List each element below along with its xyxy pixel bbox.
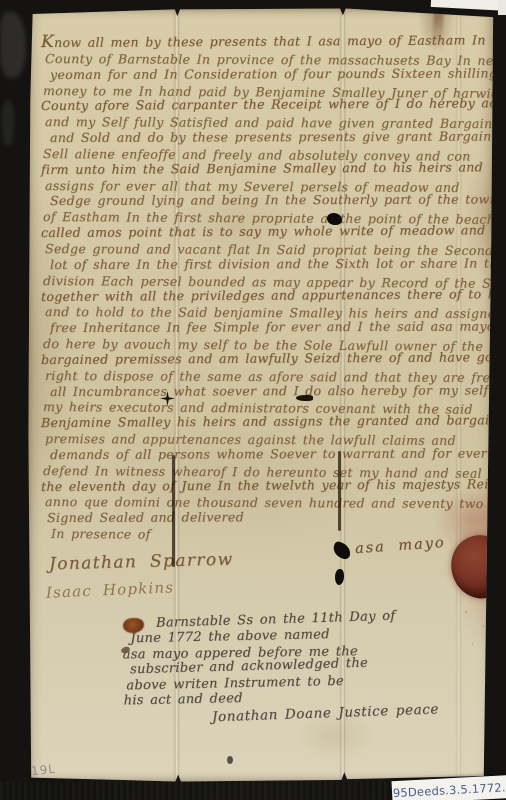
deed-text-line: all Incumbrances what soever and I do al… — [50, 382, 493, 399]
deed-body-text: Know all men by these presents that I as… — [41, 35, 493, 542]
deed-text-line: firm unto him the Said Benjamine Smalley… — [41, 159, 493, 178]
crease-split — [338, 451, 341, 531]
deed-text-line: lot of share In the first division and t… — [50, 255, 493, 272]
deed-text-line: yeoman for and In Consideration of four … — [50, 65, 493, 82]
scanned-deed-photo: Know all men by these presents that I as… — [0, 0, 506, 800]
witness-signature: Jonathan Sparrow — [49, 550, 234, 575]
deed-text-line: Benjamine Smalley his heirs and assigns … — [41, 412, 493, 431]
background-shadow — [0, 12, 26, 78]
deed-text-line: Sedge ground lying and being In the Sout… — [50, 192, 493, 209]
deed-text-line: together with all the priviledges and ap… — [41, 286, 493, 305]
deed-text-line: the eleventh day of June In the twelvth … — [41, 476, 493, 495]
pencil-annotation: 19L — [30, 762, 56, 779]
paper-scrap-corner — [498, 0, 506, 15]
ink-blot — [296, 395, 313, 401]
paper-hole — [327, 213, 342, 225]
deed-text-line: County afore Said carpanter the Receipt … — [41, 96, 493, 115]
deed-text-line: bargained premisses and am lawfully Seiz… — [41, 349, 493, 368]
catalog-label-text: 95Deeds.3.5.1772.2 — [393, 779, 506, 799]
witness-signature: Isaac Hopkins — [46, 578, 175, 602]
background-shadow — [2, 100, 14, 146]
crease-split — [172, 455, 175, 567]
deed-text-line: free Inheritance In fee Simple for ever … — [50, 319, 493, 336]
deed-text-line: Know all men by these presents that I as… — [41, 32, 493, 51]
paper-scrap-top-right — [431, 0, 506, 11]
catalog-label: 95Deeds.3.5.1772.2 — [391, 775, 506, 800]
deed-text-line: and Sold and do by these presents presen… — [50, 129, 493, 146]
deed-paper: Know all men by these presents that I as… — [27, 7, 495, 783]
wax-specks — [457, 605, 495, 675]
deed-text-line: Signed Sealed and delivered — [47, 509, 493, 526]
deed-text-line: demands of all persons whome Soever to w… — [50, 445, 493, 462]
acknowledgment-text: Barnstable Ss on the 11th Day of June 17… — [122, 610, 454, 727]
deed-text-line: called amos point that is to say my whol… — [41, 222, 493, 241]
paper-speck — [227, 756, 233, 764]
